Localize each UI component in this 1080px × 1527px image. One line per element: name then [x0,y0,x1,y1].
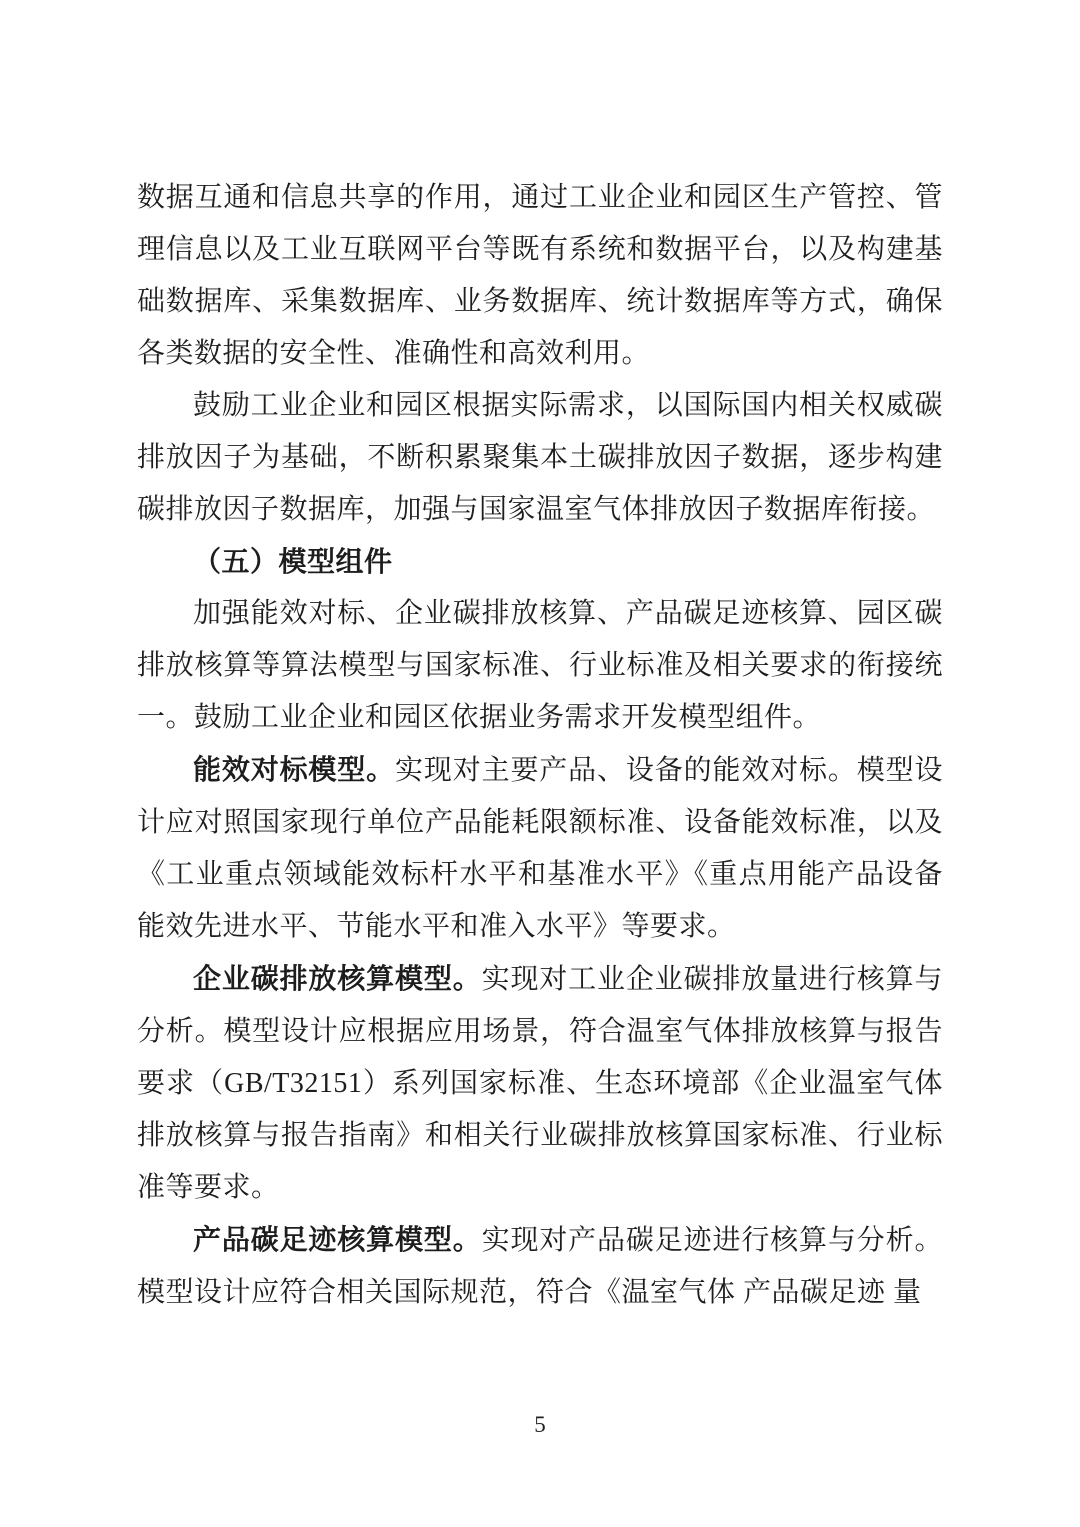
paragraph-body-enterprise-carbon-accounting-model: 实现对工业企业碳排放量进行核算与分析。模型设计应根据应用场景，符合温室气体排放核… [137,964,943,1203]
paragraph-model-standards-alignment: 加强能效对标、企业碳排放核算、产品碳足迹核算、园区碳排放核算等算法模型与国家标准… [137,588,943,744]
paragraph-enterprise-carbon-accounting-model: 企业碳排放核算模型。实现对工业企业碳排放量进行核算与分析。模型设计应根据应用场景… [137,953,943,1214]
document-body: 数据互通和信息共享的作用，通过工业企业和园区生产管控、管理信息以及工业互联网平台… [137,172,943,1319]
paragraph-emission-factor-database: 鼓励工业企业和园区根据实际需求，以国际国内相关权威碳排放因子为基础，不断积累聚集… [137,380,943,536]
page-number: 5 [0,1410,1080,1440]
paragraph-energy-efficiency-model: 能效对标模型。实现对主要产品、设备的能效对标。模型设计应对照国家现行单位产品能耗… [137,744,943,953]
paragraph-lead-product-carbon-footprint-model: 产品碳足迹核算模型。 [193,1224,482,1255]
paragraph-lead-enterprise-carbon-accounting-model: 企业碳排放核算模型。 [193,963,482,994]
paragraph-data-sharing: 数据互通和信息共享的作用，通过工业企业和园区生产管控、管理信息以及工业互联网平台… [137,172,943,380]
paragraph-lead-energy-efficiency-model: 能效对标模型。 [193,754,395,785]
document-page: 数据互通和信息共享的作用，通过工业企业和园区生产管控、管理信息以及工业互联网平台… [0,0,1080,1527]
section-heading-model-components: （五）模型组件 [137,536,943,588]
paragraph-product-carbon-footprint-model: 产品碳足迹核算模型。实现对产品碳足迹进行核算与分析。模型设计应符合相关国际规范，… [137,1214,943,1319]
